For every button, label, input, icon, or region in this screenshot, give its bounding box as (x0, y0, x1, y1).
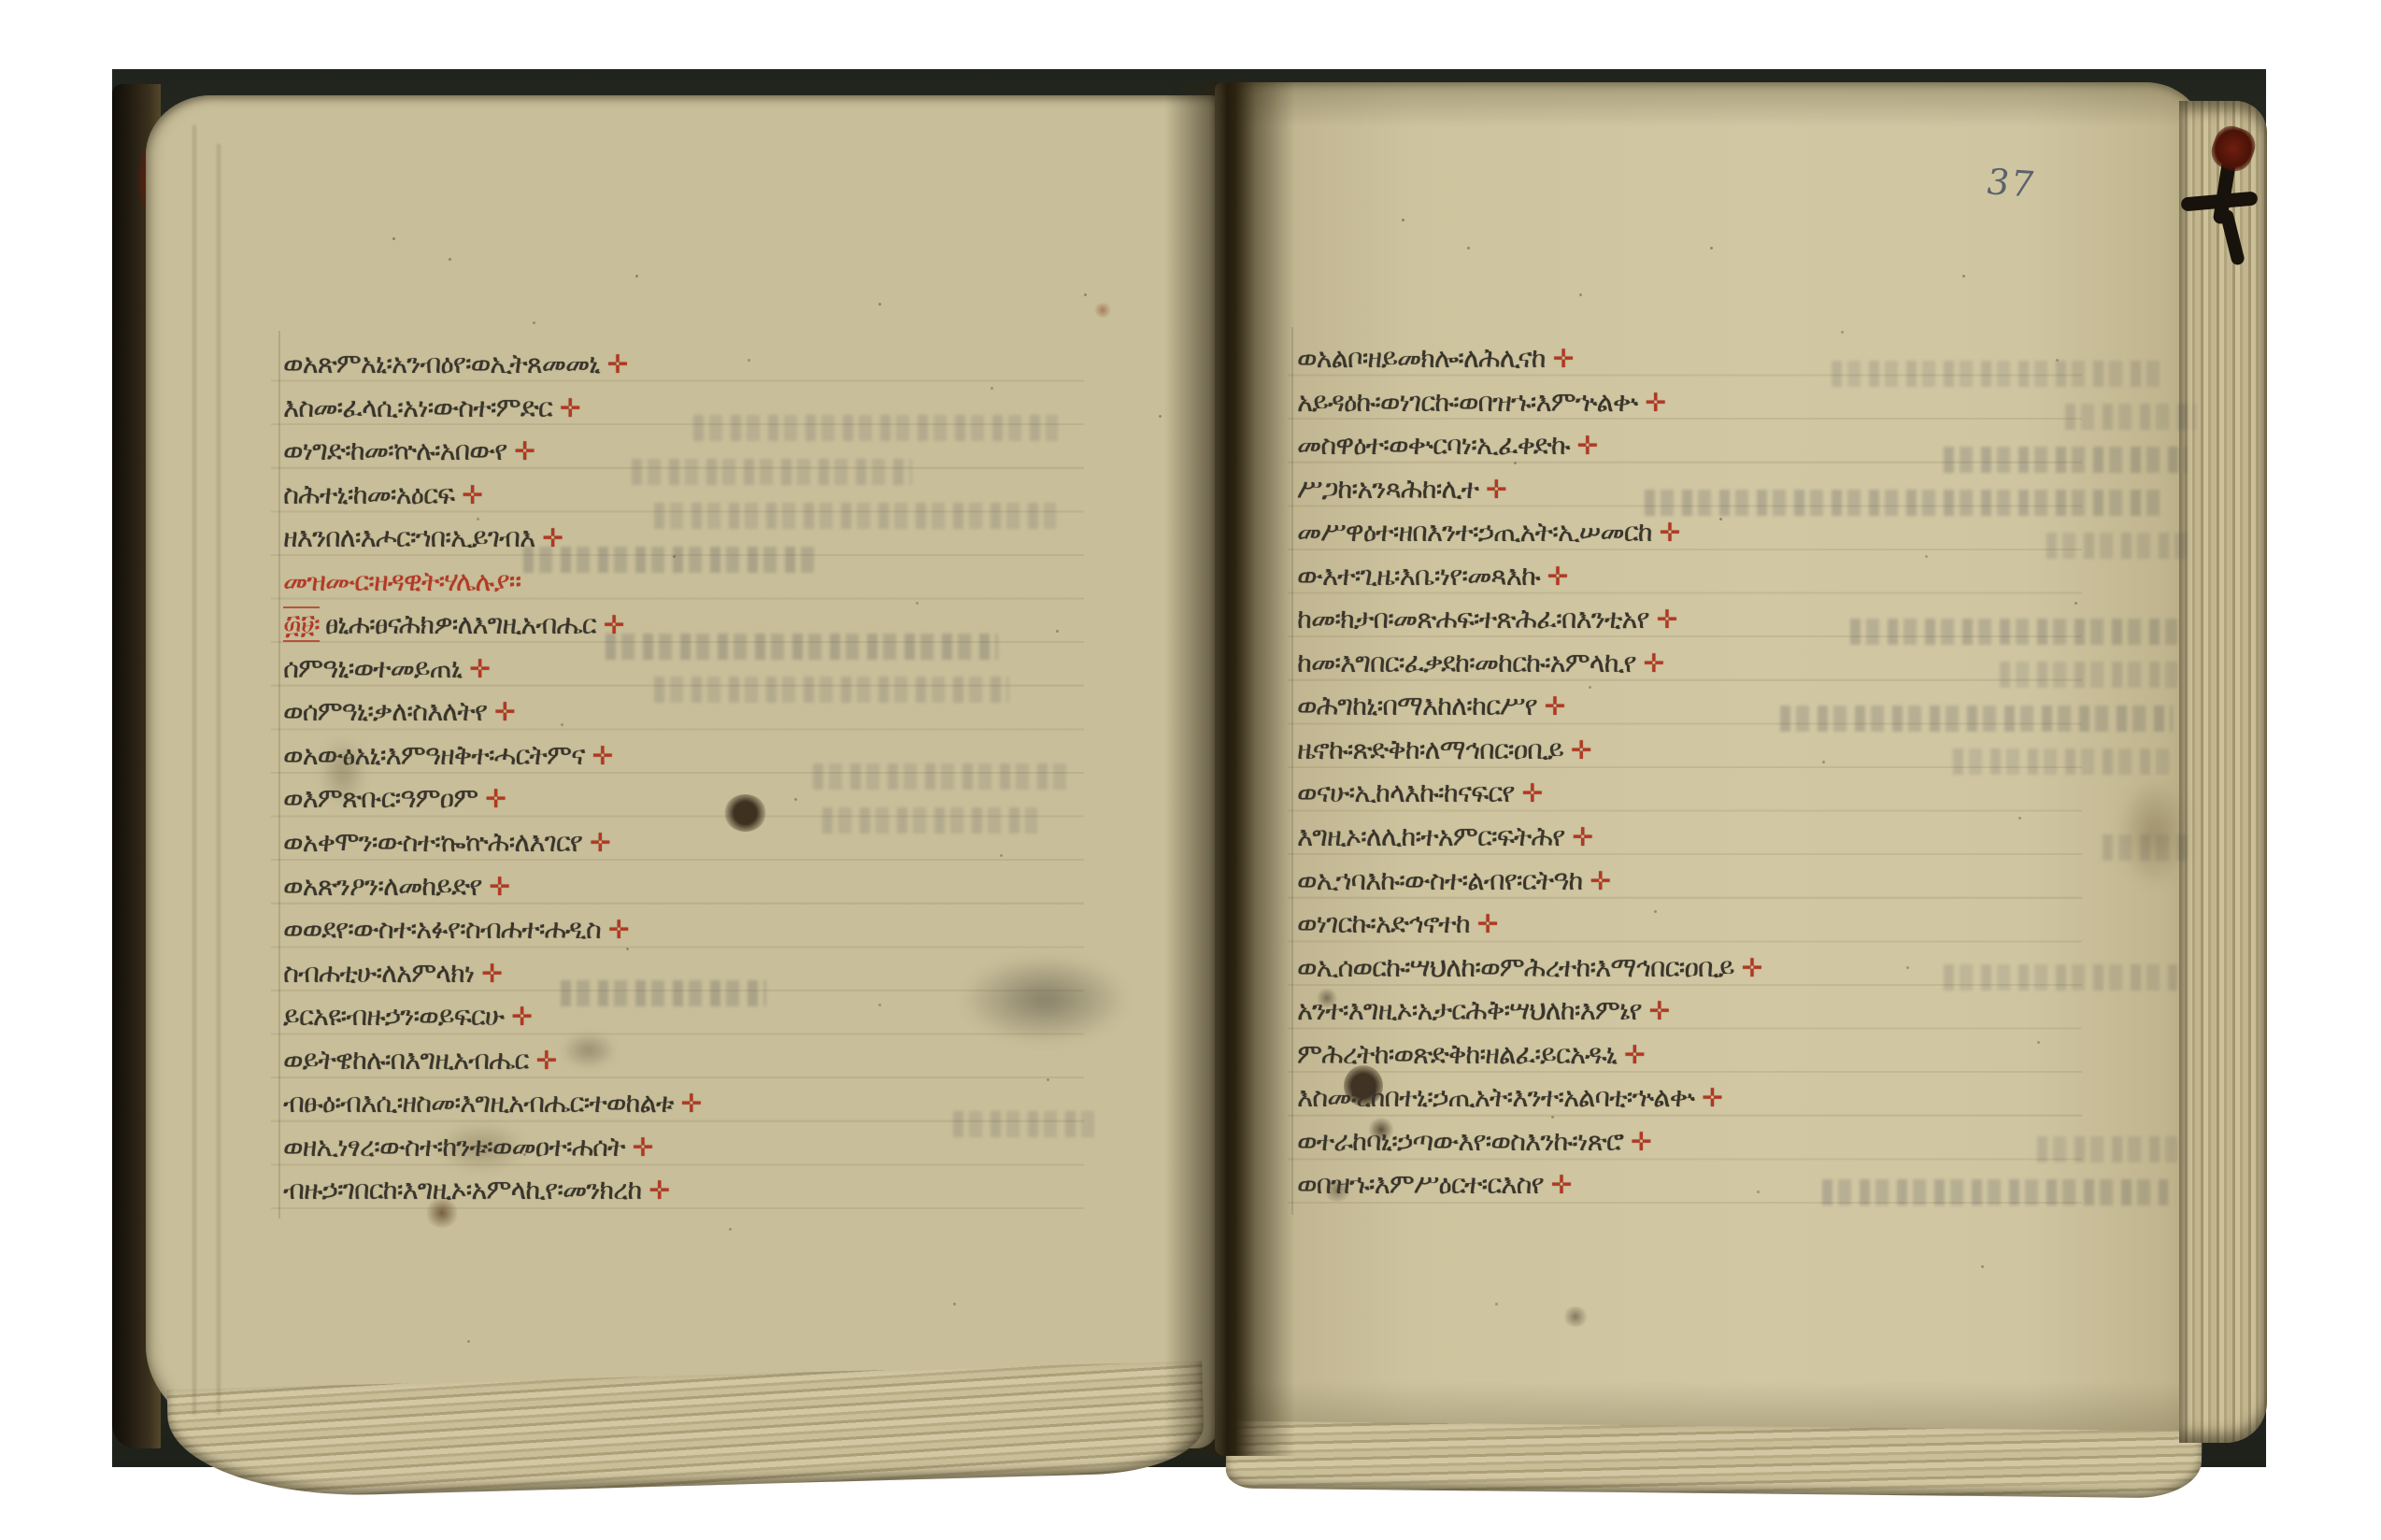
parchment-speckles (1402, 219, 1404, 221)
section-cross-mark: ✛ (607, 350, 628, 379)
section-cross-mark: ✛ (560, 394, 580, 423)
section-cross-mark: ✛ (1624, 1041, 1645, 1070)
text-line: ወነገርኩ፡አድኅኖተከ✛ (1297, 904, 1761, 948)
text-line: መዝሙር፡ዘዳዊት፡ሃሌሉያ። (283, 562, 701, 606)
section-cross-mark: ✛ (1551, 1171, 1572, 1200)
text-line: ዜኖኩ፡ጽድቅከ፡ለማኅበር፡ዐቢይ✛ (1297, 730, 1761, 774)
fore-edge-page-stack (2179, 101, 2267, 1443)
text-line: ከመ፡እግበር፡ፈቃደከ፡መከርኩ፡አምላኪየ✛ (1297, 643, 1761, 687)
section-cross-mark: ✛ (592, 742, 612, 771)
bleedthrough-text (1944, 447, 2187, 473)
geez-text: ወነግድ፡ከመ፡ኵሉ፡አበውየ (283, 435, 506, 466)
page-fold-line (217, 144, 221, 1415)
geez-text: ወወደየ፡ውስተ፡አፉየ፡ስብሐተ፡ሐዲስ (283, 913, 601, 945)
text-line: እግዚኦ፡ለሊከ፡ተአምር፡ፍትሕየ✛ (1297, 817, 1761, 861)
text-line: ወወደየ፡ውስተ፡አፉየ፡ስብሐተ፡ሐዲስ✛ (283, 909, 701, 953)
section-cross-mark: ✛ (511, 1003, 532, 1032)
geez-text: ብዙኃ፡ገበርከ፡እግዚኦ፡አምላኪየ፡መንክረከ (283, 1174, 641, 1205)
text-line: አንተ፡እግዚኦ፡አታርሕቅ፡ሣህለከ፡እምኔየ✛ (1297, 991, 1761, 1034)
bleedthrough-text (2046, 533, 2187, 559)
text-line: ወተራከባኒ፡ኃጣውእየ፡ወስእንኩ፡ነጽሮ✛ (1297, 1121, 1761, 1165)
geez-text: እስመ፡ፈላሲ፡አነ፡ውስተ፡ምድር (283, 392, 552, 423)
ink-stain (1562, 1306, 1589, 1327)
section-cross-mark: ✛ (680, 1090, 701, 1119)
folio-number: 37 (1983, 161, 2040, 205)
section-cross-mark: ✛ (494, 698, 515, 727)
section-cross-mark: ✛ (1649, 997, 1670, 1026)
geez-text: ምሕረትከ፡ወጽድቅከ፡ዘልፈ፡ይርአዱኒ (1297, 1038, 1617, 1070)
text-line: ከመ፡ክታበ፡መጽሐፍ፡ተጽሕፈ፡በእንቲአየ✛ (1297, 599, 1761, 643)
text-line: ሰምዓኒ፡ወተመይጠኒ✛ (283, 649, 701, 692)
text-line: ወአጽምአኒ፡አንብዕየ፡ወኢትጸመመኒ✛ (283, 344, 701, 388)
center-gutter (1164, 82, 1295, 1456)
geez-text: እስመ፡ረከበተኒ፡ኃጢአት፡እንተ፡አልባቲ፡ኍልቍ (1297, 1081, 1694, 1113)
section-cross-mark: ✛ (535, 1047, 556, 1076)
section-cross-mark: ✛ (1660, 519, 1680, 548)
text-line: ዘእንበለ፡እሖር፡ኀበ፡ኢይገብእ✛ (283, 518, 701, 562)
geez-text: ወበዝኁ፡እምሥዕርተ፡ርእስየ (1297, 1168, 1544, 1200)
section-cross-mark: ✛ (514, 437, 535, 466)
section-cross-mark: ✛ (608, 916, 629, 945)
geez-text: ወእምጽቡር፡ዓምዐም (283, 782, 478, 814)
bleedthrough-text (953, 1111, 1103, 1137)
section-cross-mark: ✛ (1742, 954, 1762, 983)
geez-text: ወናሁ፡ኢከላእኩ፡ከናፍርየ (1297, 777, 1514, 808)
geez-text: ወኢኀባእኩ፡ውስተ፡ልብየ፡ርትዓከ (1297, 864, 1582, 896)
text-line: ወይትዌከሉ፡በእግዚአብሔር✛ (283, 1040, 701, 1084)
geez-text: ውእተ፡ጊዜ፡እቤ፡ነየ፡መጻእኩ (1297, 560, 1540, 592)
text-line: ወሰምዓኒ፡ቃለ፡ስእለትየ✛ (283, 692, 701, 735)
text-line: ወአቀሞን፡ውስተ፡ኰኵሕ፡ለእገርየ✛ (283, 822, 701, 866)
text-line: ወኢኀባእኩ፡ውስተ፡ልብየ፡ርትዓከ✛ (1297, 861, 1761, 905)
section-cross-mark: ✛ (633, 1134, 653, 1162)
text-line: ወዘኢነፃረ፡ውስተ፡ከንቱ፡ወመዐተ፡ሐሰት✛ (283, 1127, 701, 1171)
bleedthrough-text (693, 415, 1058, 441)
text-line: መስዋዕተ፡ወቍርባነ፡ኢፈቀድኩ✛ (1297, 425, 1761, 469)
section-cross-mark: ✛ (1521, 779, 1542, 808)
bleedthrough-text (1780, 706, 2173, 732)
text-line: አይዳዕኩ፡ወነገርኩ፡ወበዝኁ፡እምኍልቍ✛ (1297, 382, 1761, 426)
geez-text: አንተ፡እግዚኦ፡አታርሕቅ፡ሣህለከ፡እምኔየ (1297, 994, 1642, 1026)
geez-text: ሥጋከ፡አንጻሕከ፡ሊተ (1297, 473, 1478, 505)
text-line: ምሕረትከ፡ወጽድቅከ፡ዘልፈ፡ይርአዱኒ✛ (1297, 1034, 1761, 1078)
text-line: እስመ፡ፈላሲ፡አነ፡ውስተ፡ምድር✛ (283, 388, 701, 432)
section-cross-mark: ✛ (1657, 606, 1677, 635)
geez-text: ወይትዌከሉ፡በእግዚአብሔር (283, 1044, 528, 1076)
text-line: ብፁዕ፡ብእሲ፡ዘስመ፡እግዚአብሔር፡ተወከልቱ✛ (283, 1083, 701, 1127)
geez-text: ስብሐቲሁ፡ለአምላክነ (283, 957, 474, 989)
left-page-text: ወአጽምአኒ፡አንብዕየ፡ወኢትጸመመኒ✛እስመ፡ፈላሲ፡አነ፡ውስተ፡ምድር✛… (283, 344, 701, 1214)
geez-text: አይዳዕኩ፡ወነገርኩ፡ወበዝኁ፡እምኍልቍ (1297, 386, 1637, 418)
section-cross-mark: ✛ (1553, 345, 1574, 374)
right-page-bottom-edges (1226, 1421, 2203, 1499)
foxing-spot (1093, 303, 1112, 318)
bleedthrough-text (1850, 619, 2177, 645)
geez-text: ወአውፅአኒ፡እምዓዘቅተ፡ሓርትምና (283, 739, 584, 771)
geez-text: ከመ፡እግበር፡ፈቃደከ፡መከርኩ፡አምላኪየ (1297, 647, 1636, 678)
section-cross-mark: ✛ (485, 785, 506, 814)
text-line: ወአልቦ፡ዘይመክሎ፡ለሕሊናከ✛ (1297, 338, 1761, 382)
parchment-speckles (392, 237, 395, 240)
text-line: ስሕተኒ፡ከመ፡አዕርፍ✛ (283, 475, 701, 519)
geez-text: ወኢሰወርኩ፡ሣህለከ፡ወምሕረተከ፡እማኅበር፡ዐቢይ (1297, 951, 1734, 983)
section-cross-mark: ✛ (1545, 692, 1565, 721)
text-line: ወእምጽቡር፡ዓምዐም✛ (283, 778, 701, 822)
geez-text: ወዘኢነፃረ፡ውስተ፡ከንቱ፡ወመዐተ፡ሐሰት (283, 1131, 625, 1162)
section-cross-mark: ✛ (462, 481, 482, 510)
bleedthrough-text (1822, 1179, 2168, 1205)
bleedthrough-text (2037, 1136, 2177, 1162)
geez-text: ፀኒሐ፡ፀናሕክዎ፡ለእግዚአብሔር (325, 608, 596, 640)
smudge-stain (2119, 779, 2189, 887)
geez-text: ወአጽንዖን፡ለመከይድየ (283, 870, 481, 902)
geez-text: ከመ፡ክታበ፡መጽሐፍ፡ተጽሕፈ፡በእንቲአየ (1297, 603, 1649, 635)
bleedthrough-text (1953, 749, 2177, 775)
text-line: መሥዋዕተ፡ዘበእንተ፡ኃጢአት፡ኢሠመርከ✛ (1297, 512, 1761, 556)
section-cross-mark: ✛ (1572, 823, 1592, 852)
geez-text: ወአጽምአኒ፡አንብዕየ፡ወኢትጸመመኒ (283, 348, 600, 379)
geez-text: ብፁዕ፡ብእሲ፡ዘስመ፡እግዚአብሔር፡ተወከልቱ (283, 1087, 673, 1119)
text-line: ወአውፅአኒ፡እምዓዘቅተ፡ሓርትምና✛ (283, 735, 701, 779)
geez-text: ወአቀሞን፡ውስተ፡ኰኵሕ፡ለእገርየ (283, 826, 582, 858)
manuscript-screenshot: { "artifact": { "kind": "two-page manusc… (0, 0, 2381, 1540)
geez-text: ስሕተኒ፡ከመ፡አዕርፍ (283, 478, 454, 510)
geez-text: ወሰምዓኒ፡ቃለ፡ስእለትየ (283, 695, 487, 727)
page-fold-line (192, 125, 196, 1415)
bleedthrough-text (1944, 964, 2177, 991)
section-cross-mark: ✛ (1645, 389, 1665, 418)
section-cross-mark: ✛ (1644, 649, 1664, 678)
section-cross-mark: ✛ (1547, 563, 1568, 592)
bleedthrough-text (2065, 404, 2196, 430)
geez-text: ዜኖኩ፡ጽድቅከ፡ለማኅበር፡ዐቢይ (1297, 734, 1563, 765)
bleedthrough-text (1832, 361, 2168, 387)
geez-text: ወተራከባኒ፡ኃጣውእየ፡ወስእንኩ፡ነጽሮ (1297, 1125, 1623, 1157)
geez-text: ወአልቦ፡ዘይመክሎ፡ለሕሊናከ (1297, 342, 1546, 374)
section-cross-mark: ✛ (1577, 432, 1598, 461)
section-cross-mark: ✛ (1477, 910, 1498, 939)
right-page-text: ወአልቦ፡ዘይመክሎ፡ለሕሊናከ✛አይዳዕኩ፡ወነገርኩ፡ወበዝኁ፡እምኍልቍ✛… (1297, 338, 1761, 1208)
smudge-stain (961, 955, 1129, 1044)
bleedthrough-text (813, 763, 1075, 790)
text-line: እስመ፡ረከበተኒ፡ኃጢአት፡እንተ፡አልባቲ፡ኍልቍ✛ (1297, 1077, 1761, 1121)
geez-text: መሥዋዕተ፡ዘበእንተ፡ኃጢአት፡ኢሠመርከ (1297, 516, 1652, 548)
bleedthrough-text (822, 807, 1037, 834)
geez-text: ወሕግከኒ፡በማእከለ፡ከርሥየ (1297, 690, 1537, 721)
section-cross-mark: ✛ (1631, 1128, 1651, 1157)
section-cross-mark: ✛ (481, 960, 502, 989)
text-line: ወአጽንዖን፡ለመከይድየ✛ (283, 866, 701, 910)
section-cross-mark: ✛ (1590, 867, 1610, 896)
section-cross-mark: ✛ (1486, 476, 1506, 505)
psalm-number-rubric: ፴፱፡ (283, 606, 320, 642)
text-line: ወናሁ፡ኢከላእኩ፡ከናፍርየ✛ (1297, 773, 1761, 817)
text-line: ይርአዩ፡ብዙኃን፡ወይፍርሁ✛ (283, 996, 701, 1040)
section-cross-mark: ✛ (1571, 736, 1591, 765)
text-line: ወነግድ፡ከመ፡ኵሉ፡አበውየ✛ (283, 431, 701, 475)
section-cross-mark: ✛ (590, 829, 610, 858)
text-line: ውእተ፡ጊዜ፡እቤ፡ነየ፡መጻእኩ✛ (1297, 556, 1761, 600)
ink-stain (724, 794, 766, 832)
text-line: ወበዝኁ፡እምሥዕርተ፡ርእስየ✛ (1297, 1164, 1761, 1208)
geez-text: ወነገርኩ፡አድኅኖተከ (1297, 907, 1470, 939)
geez-text: ሰምዓኒ፡ወተመይጠኒ (283, 652, 462, 684)
bleedthrough-text (654, 677, 1009, 703)
text-line: ወኢሰወርኩ፡ሣህለከ፡ወምሕረተከ፡እማኅበር፡ዐቢይ✛ (1297, 948, 1761, 991)
text-line: ስብሐቲሁ፡ለአምላክነ✛ (283, 953, 701, 997)
bleedthrough-text (2000, 662, 2177, 688)
section-cross-mark: ✛ (469, 655, 490, 684)
text-line: ሥጋከ፡አንጻሕከ፡ሊተ✛ (1297, 469, 1761, 513)
section-cross-mark: ✛ (604, 611, 624, 640)
section-cross-mark: ✛ (489, 873, 509, 902)
text-line: ወሕግከኒ፡በማእከለ፡ከርሥየ✛ (1297, 686, 1761, 730)
geez-text: እግዚኦ፡ለሊከ፡ተአምር፡ፍትሕየ (1297, 820, 1564, 852)
section-cross-mark: ✛ (542, 524, 563, 553)
geez-text: መስዋዕተ፡ወቍርባነ፡ኢፈቀድኩ (1297, 429, 1570, 461)
text-line: ፴፱፡ፀኒሐ፡ፀናሕክዎ፡ለእግዚአብሔር✛ (283, 605, 701, 649)
section-cross-mark: ✛ (649, 1176, 669, 1205)
text-line: ብዙኃ፡ገበርከ፡እግዚኦ፡አምላኪየ፡መንክረከ✛ (283, 1170, 701, 1214)
geez-text: ይርአዩ፡ብዙኃን፡ወይፍርሁ (283, 1000, 504, 1032)
section-cross-mark: ✛ (1702, 1084, 1722, 1113)
bleedthrough-text (654, 503, 1056, 529)
geez-text: መዝሙር፡ዘዳዊት፡ሃሌሉያ። (283, 565, 520, 597)
codex-photograph: 37 ወአጽምአኒ፡አንብዕየ፡ወኢትጸመመኒ✛እስመ፡ፈላሲ፡አነ፡ውስተ፡ም… (112, 69, 2266, 1467)
geez-text: ዘእንበለ፡እሖር፡ኀበ፡ኢይገብእ (283, 521, 535, 553)
